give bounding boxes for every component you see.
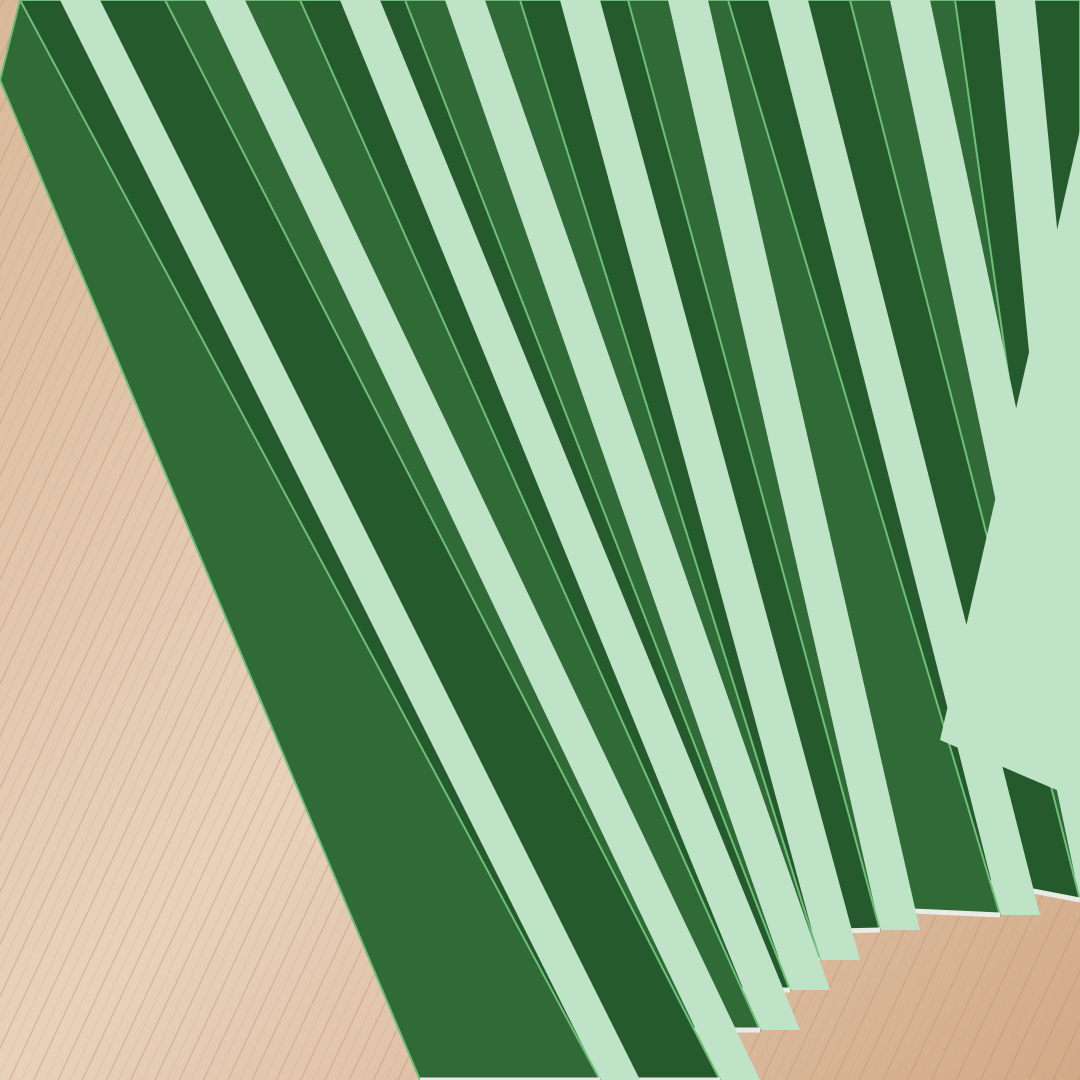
notebook-photo bbox=[0, 0, 1080, 1080]
